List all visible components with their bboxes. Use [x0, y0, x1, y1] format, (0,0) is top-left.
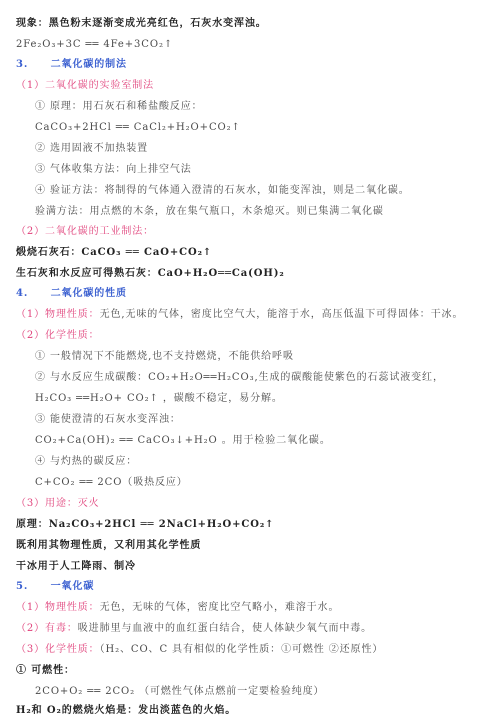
limewater-equation: CO₂+Ca(OH)₂ ══ CaCO₃↓+H₂O 。用于检验二氧化碳。 — [35, 434, 331, 448]
co-physical-properties: （1）物理性质：无色，无味的气体，密度比空气略小，难溶于水。 — [16, 601, 339, 615]
section-title: 一氧化碳 — [51, 581, 95, 592]
calcination-equation: 煅烧石灰石：CaCO₃ ══ CaO+CO₂↑ — [16, 246, 212, 260]
flame-description: H₂和 O₂的燃烧火焰是：发出淡蓝色的火焰。 — [16, 704, 236, 718]
property-label: （3）化学性质： — [16, 644, 100, 655]
fire-extinguisher-equation: 原理：Na₂CO₃+2HCl ══ 2NaCl+H₂O+CO₂↑ — [16, 518, 274, 532]
chem-prop-1: ① 一般情况下不能燃烧,也不支持燃烧，不能供给呼吸 — [35, 350, 294, 364]
subsection-lab-method: （1）二氧化碳的实验室制法 — [16, 79, 154, 93]
property-text: （H₂、CO、C 具有相似的化学性质：①可燃性 ②还原性） — [100, 644, 384, 655]
property-text: 无色，无味的气体，密度比空气略小，难溶于水。 — [100, 602, 340, 613]
co-chemical-properties: （3）化学性质：（H₂、CO、C 具有相似的化学性质：①可燃性 ②还原性） — [16, 643, 383, 657]
section-number: 3. — [16, 59, 28, 70]
property-label: （1）物理性质： — [16, 602, 100, 613]
apparatus-text: ② 选用固液不加热装置 — [35, 142, 148, 156]
section-3-heading: 3. 二氧化碳的制法 — [16, 58, 127, 72]
section-number: 5. — [16, 581, 28, 592]
principle-text: ① 原理：用石灰石和稀盐酸反应： — [35, 100, 203, 114]
c-co2-equation: C+CO₂ ══ 2CO（吸热反应） — [35, 476, 188, 490]
uses-explanation: 既利用其物理性质，又利用其化学性质 — [16, 539, 201, 553]
verification-method-text: ④ 验证方法：将制得的气体通入澄清的石灰水，如能变浑浊，则是二氧化碳。 — [35, 184, 410, 198]
dry-ice-uses: 干冰用于人工降雨、制冷 — [16, 560, 136, 574]
observation-text: 现象：黑色粉末逐渐变成光亮红色，石灰水变浑浊。 — [16, 17, 267, 31]
chem-prop-4: ④ 与灼热的碳反应： — [35, 455, 137, 469]
property-text: 吸进肺里与血液中的血红蛋白结合，使人体缺少氧气而中毒。 — [78, 623, 372, 634]
equation-fe2o3-c: 2Fe₂O₃+3C ══ 4Fe+3CO₂↑ — [16, 38, 173, 52]
collection-method-text: ③ 气体收集方法：向上排空气法 — [35, 163, 192, 177]
co2-physical-properties: （1）物理性质：无色,无味的气体，密度比空气大，能溶于水，高压低温下可得固体：干… — [16, 308, 463, 322]
property-text: 无色,无味的气体，密度比空气大，能溶于水，高压低温下可得固体：干冰。 — [100, 309, 464, 320]
subsection-industrial-method: （2）二氧化碳的工业制法： — [16, 225, 154, 239]
chem-prop-2: ② 与水反应生成碳酸：CO₂+H₂O══H₂CO₃,生成的碳酸能使紫色的石蕊试液… — [35, 371, 444, 385]
full-check-method-text: 验满方法：用点燃的木条，放在集气瓶口，木条熄灭。则已集满二氧化碳 — [35, 205, 384, 219]
flammability-heading: ① 可燃性： — [16, 664, 75, 678]
co-combustion-equation: 2CO+O₂ ══ 2CO₂ （可燃性气体点燃前一定要检验纯度） — [35, 685, 324, 699]
section-title: 二氧化碳的制法 — [51, 59, 127, 70]
section-5-heading: 5. 一氧化碳 — [16, 580, 94, 594]
property-label: （1）物理性质： — [16, 309, 100, 320]
section-number: 4. — [16, 288, 28, 299]
slaked-lime-equation: 生石灰和水反应可得熟石灰：CaO+H₂O══Ca(OH)₂ — [16, 267, 285, 281]
property-label: （2）有毒： — [16, 623, 78, 634]
subsection-uses: （3）用途：灭火 — [16, 497, 100, 511]
equation-caco3-hcl: CaCO₃+2HCl ══ CaCl₂+H₂O+CO₂↑ — [35, 121, 241, 135]
carbonic-acid-decomposition: H₂CO₃ ══H₂O+ CO₂↑ ，碳酸不稳定，易分解。 — [35, 392, 283, 406]
chem-prop-3: ③ 能使澄清的石灰水变浑浊： — [35, 413, 181, 427]
co-toxicity: （2）有毒：吸进肺里与血液中的血红蛋白结合，使人体缺少氧气而中毒。 — [16, 622, 372, 636]
section-4-heading: 4. 二氧化碳的性质 — [16, 287, 127, 301]
section-title: 二氧化碳的性质 — [51, 288, 127, 299]
subsection-chemical-properties: （2）化学性质： — [16, 329, 100, 343]
